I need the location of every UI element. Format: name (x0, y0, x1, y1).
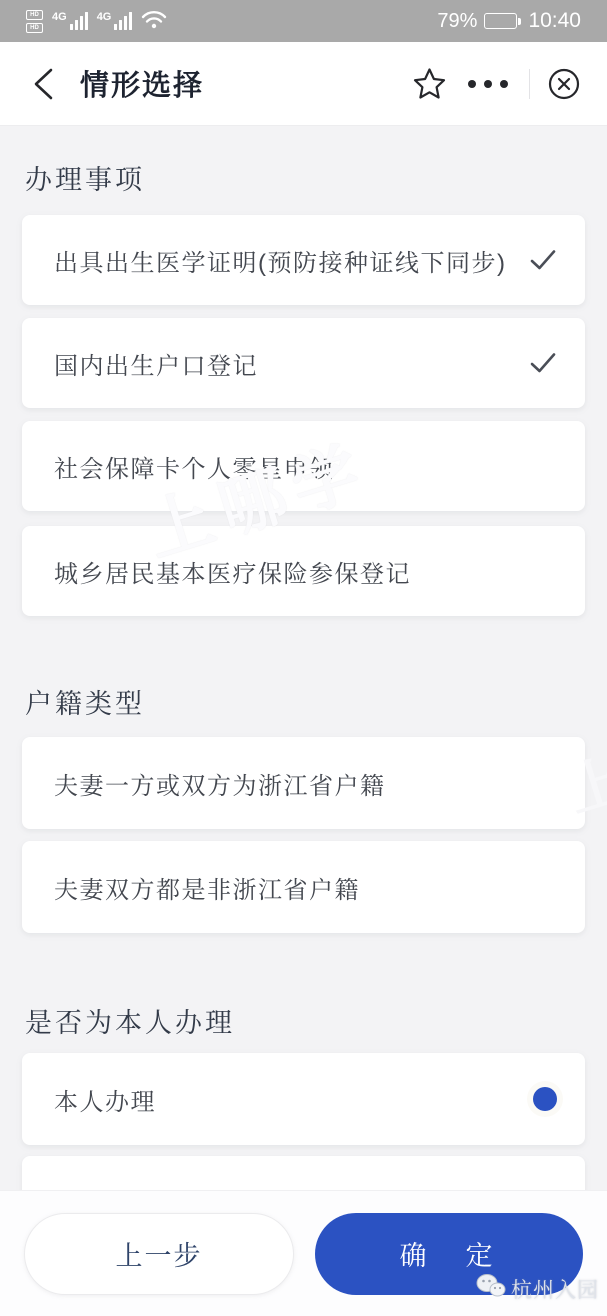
wifi-icon (141, 9, 167, 34)
radio-selected-icon (533, 1087, 557, 1111)
back-button[interactable] (26, 66, 62, 102)
section-label-matters: 办理事项 (22, 126, 585, 197)
option-label: 出具出生医学证明(预防接种证线下同步) (54, 243, 506, 278)
network-type-label: 4G (97, 11, 112, 23)
option-label: 夫妻双方都是非浙江省户籍 (54, 870, 360, 905)
signal-sim2: 4G (97, 12, 133, 30)
option-label: 城乡居民基本医疗保险参保登记 (54, 554, 411, 589)
volte-hd-icons: HD HD (26, 10, 43, 33)
hd-badge-icon: HD (26, 23, 43, 33)
option-label: 国内出生户口登记 (54, 346, 258, 381)
check-icon (529, 248, 557, 272)
close-button[interactable] (547, 67, 581, 101)
section-label-household-type: 户籍类型 (22, 616, 585, 721)
app-header: 情形选择 (0, 42, 607, 126)
previous-step-button[interactable]: 上一步 (24, 1213, 294, 1295)
option-household-registration[interactable]: 国内出生户口登记 (22, 318, 585, 408)
hd-badge-icon: HD (26, 10, 43, 20)
option-label: 本人办理 (54, 1082, 156, 1117)
status-left: HD HD 4G 4G (26, 9, 167, 34)
option-self-handling[interactable]: 本人办理 (22, 1053, 585, 1145)
section-label-self-handling: 是否为本人办理 (22, 933, 585, 1040)
network-type-label: 4G (52, 11, 67, 23)
battery-percent: 79% (437, 10, 477, 33)
option-label: 社会保障卡个人零星申领 (54, 449, 335, 484)
signal-bars-icon (70, 12, 88, 30)
check-icon (529, 351, 557, 375)
clock: 10:40 (528, 9, 581, 33)
option-birth-certificate[interactable]: 出具出生医学证明(预防接种证线下同步) (22, 215, 585, 305)
battery-icon (484, 13, 521, 29)
phone-screen: HD HD 4G 4G 79% (0, 0, 607, 1316)
option-label: 夫妻一方或双方为浙江省户籍 (54, 766, 386, 801)
option-zhejiang-household[interactable]: 夫妻一方或双方为浙江省户籍 (22, 737, 585, 829)
footer-bar: 上一步 确 定 (0, 1190, 607, 1316)
signal-sim1: 4G (52, 12, 88, 30)
status-bar: HD HD 4G 4G 79% (0, 0, 607, 42)
signal-bars-icon (114, 12, 132, 30)
content-area: 办理事项 出具出生医学证明(预防接种证线下同步) 国内出生户口登记 社会保障卡个… (0, 126, 607, 1190)
option-medical-insurance[interactable]: 城乡居民基本医疗保险参保登记 (22, 526, 585, 616)
header-actions (412, 67, 581, 101)
more-options-button[interactable] (464, 80, 512, 88)
page-title: 情形选择 (80, 63, 204, 104)
confirm-button[interactable]: 确 定 (315, 1213, 583, 1295)
favorite-star-button[interactable] (412, 67, 447, 101)
header-divider (529, 69, 530, 99)
status-right: 79% 10:40 (437, 9, 581, 33)
option-non-zhejiang-household[interactable]: 夫妻双方都是非浙江省户籍 (22, 841, 585, 933)
option-social-security-card[interactable]: 社会保障卡个人零星申领 (22, 421, 585, 511)
